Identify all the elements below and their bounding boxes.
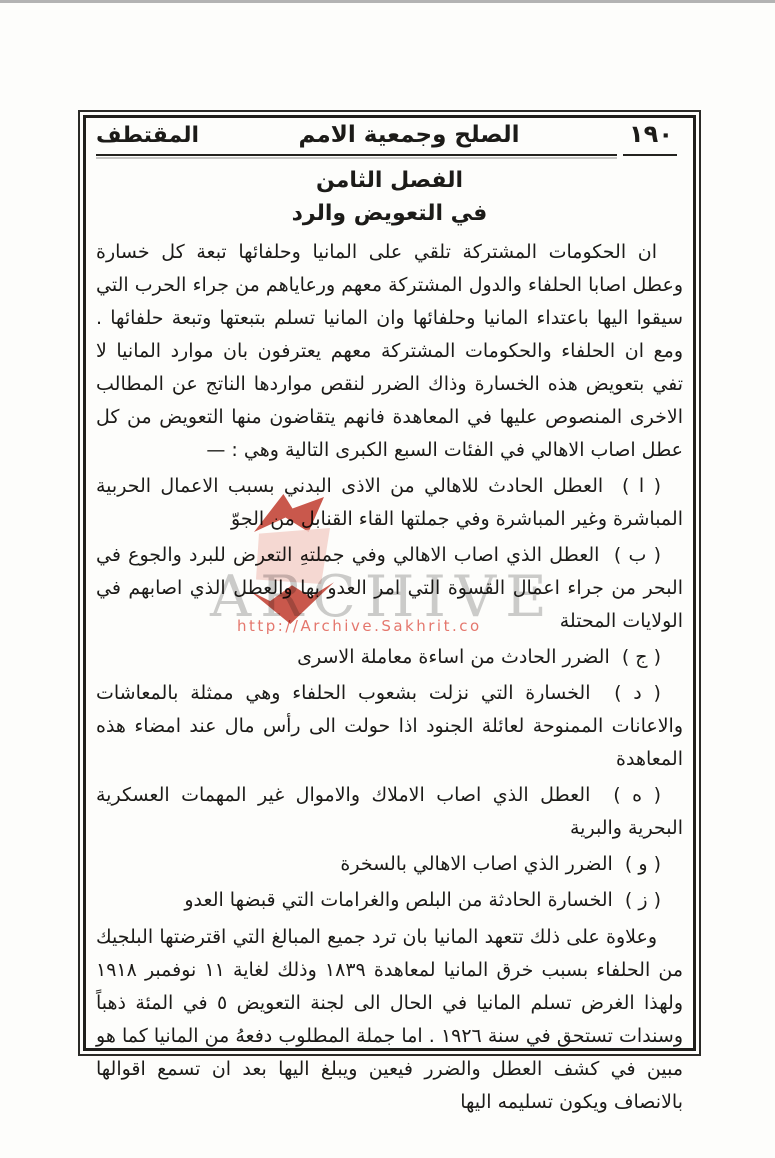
opening-paragraph: ان الحكومات المشتركة تلقي على المانيا وح… xyxy=(96,236,683,467)
list-item: ( و ) الضرر الذي اصاب الاهالي بالسخرة xyxy=(96,848,683,881)
list-item: ( ا ) العطل الحادث للاهالي من الاذى البد… xyxy=(96,470,683,536)
chapter-title: الفصل الثامن xyxy=(96,168,683,193)
header-rule xyxy=(96,154,617,156)
magazine-name: المقتطف xyxy=(96,123,199,148)
item-text: الخسارة الحادثة من البلص والغرامات التي … xyxy=(184,889,612,911)
page-content-area: ١٩٠ الصلح وجمعية الامم المقتطف الفصل الث… xyxy=(80,112,699,1119)
item-text: العطل الحادث للاهالي من الاذى البدني بسب… xyxy=(96,475,683,530)
list-item: ( ز ) الخسارة الحادثة من البلص والغرامات… xyxy=(96,884,683,917)
closing-paragraph: وعلاوة على ذلك تتعهد المانيا بان ترد جمي… xyxy=(96,921,683,1119)
page-header: ١٩٠ الصلح وجمعية الامم المقتطف xyxy=(96,120,683,148)
list-item: ( ب ) العطل الذي اصاب الاهالي وفي جملتهِ… xyxy=(96,539,683,638)
running-title: الصلح وجمعية الامم xyxy=(199,122,619,148)
page-number: ١٩٠ xyxy=(619,120,683,148)
header-rule-row xyxy=(96,154,683,156)
item-text: الضرر الحادث من اساءة معاملة الاسرى xyxy=(297,646,610,668)
scan-edge-artifact xyxy=(0,0,775,3)
list-item: ( ه ) العطل الذي اصاب الاملاك والاموال غ… xyxy=(96,779,683,845)
item-text: الخسارة التي نزلت بشعوب الحلفاء وهي ممثل… xyxy=(96,682,683,770)
item-marker: ( د ) xyxy=(614,682,661,704)
item-marker: ( ب ) xyxy=(614,544,661,566)
item-text: الضرر الذي اصاب الاهالي بالسخرة xyxy=(340,853,612,875)
item-marker: ( و ) xyxy=(625,853,661,875)
scanned-book-page: { "page": { "number": "١٩٠", "running_ti… xyxy=(0,0,775,1158)
reparations-categories-list: ( ا ) العطل الحادث للاهالي من الاذى البد… xyxy=(96,470,683,917)
page-number-underline xyxy=(623,154,677,156)
item-text: العطل الذي اصاب الاهالي وفي جملتهِ التعر… xyxy=(96,544,683,632)
item-text: العطل الذي اصاب الاملاك والاموال غير الم… xyxy=(96,784,683,839)
item-marker: ( ج ) xyxy=(622,646,661,668)
body-text: ان الحكومات المشتركة تلقي على المانيا وح… xyxy=(96,236,683,1119)
page-border-frame: ١٩٠ الصلح وجمعية الامم المقتطف الفصل الث… xyxy=(78,110,701,1056)
item-marker: ( ا ) xyxy=(622,475,661,497)
list-item: ( د ) الخسارة التي نزلت بشعوب الحلفاء وه… xyxy=(96,677,683,776)
item-marker: ( ه ) xyxy=(613,784,661,806)
item-marker: ( ز ) xyxy=(625,889,661,911)
list-item: ( ج ) الضرر الحادث من اساءة معاملة الاسر… xyxy=(96,641,683,674)
chapter-subtitle: في التعويض والرد xyxy=(96,201,683,226)
